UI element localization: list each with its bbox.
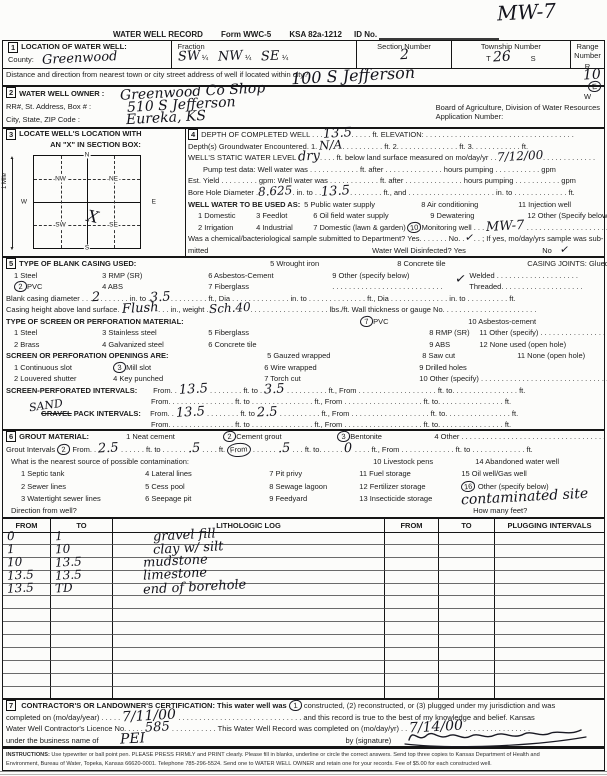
agency-name: Board of Agriculture, Division of Water … (436, 103, 600, 112)
bore-diameter-label: Bore Hole Diameter . (188, 188, 258, 197)
openings-title: SCREEN OR PERFORATION OPENINGS ARE: (6, 350, 265, 362)
pack-interval-from-value: 13.5 (176, 408, 205, 418)
map-dashed-v1 (61, 156, 62, 248)
county-label: County: (8, 55, 34, 64)
chem-sample-trail: . . ; If yes, mo/day/yrs sample was sub- (474, 234, 604, 243)
contam-option-8: 8 Sewage lagoon (269, 481, 357, 493)
static-level-label: WELL'S STATIC WATER LEVEL (188, 153, 296, 162)
section-7-certification: 7 CONTRACTOR'S OR LANDOWNER'S CERTIFICAT… (2, 699, 605, 747)
screen-option-11: 11 Other (specify) . . . . . . . . . . .… (479, 328, 607, 337)
section-4-number: 4 (188, 129, 198, 140)
litho-4-log: limestone (143, 569, 207, 580)
grout-interval-mid4: . . . ft. to. . . . . . (292, 445, 342, 454)
grout-interval-mid1: . . . . . . ft. to . . . . . . (121, 445, 186, 454)
scan-artifact-line (0, 774, 607, 775)
litho-empty-row (3, 596, 604, 609)
use-title: WELL WATER TO BE USED AS: (188, 199, 302, 211)
map-center-horizontal-line (34, 202, 140, 203)
section-5-number: 5 (6, 258, 16, 269)
map-label-e: E (151, 199, 157, 206)
grout-intervals-label: Grout Intervals (6, 445, 55, 454)
map-label-se: SE (108, 222, 119, 229)
direction-question: Direction from well? (11, 505, 471, 517)
openings-option-3-circled: 3 (113, 361, 127, 373)
quarter-glyph-2: ¼ (245, 53, 251, 62)
litho-1-to: 1 (55, 532, 63, 540)
grout-option-1: 1 Neat cement (126, 431, 221, 443)
contam-option-6: 6 Seepage pit (145, 493, 267, 505)
contam-other-value: contaminated site (461, 490, 589, 505)
water-well-record-form: MW-7 WATER WELL RECORD Form WWC-5 KSA 82… (0, 0, 607, 776)
screen-interval-from-label: From. . (153, 386, 177, 395)
section-1-number: 1 (8, 42, 18, 53)
map-label-s: S (84, 245, 90, 252)
contam-option-10: 10 Livestock pens (373, 456, 473, 468)
township-value: 26 (493, 53, 511, 62)
range-label: Range Number (574, 42, 601, 60)
disinfected-label: Water Well Disinfected? Yes (372, 245, 540, 257)
openings-option-1: 1 Continuous slot (14, 362, 111, 374)
grout-option-2-label: Cement grout (236, 432, 281, 441)
litho-empty-row (3, 674, 604, 687)
contam-option-14: 14 Abandoned water well (475, 457, 559, 466)
litho-row-5: 13.5 TD end of borehole (3, 584, 604, 597)
screen-intervals-title: SCREEN-PERFORATED INTERVALS: (6, 385, 151, 397)
map-label-ne: NE (108, 176, 119, 183)
screen-option-2: 2 Brass (14, 339, 100, 351)
static-level-date: 7/12/00 (497, 151, 544, 161)
static-level-trail: . . . . . . . . . . . . . (543, 153, 595, 162)
section-2-number: 2 (6, 87, 16, 98)
section-4-well-data: 4DEPTH OF COMPLETED WELL . . .13.5. . . … (185, 129, 604, 256)
bore-mid: . in. to . . (292, 188, 321, 197)
contam-option-16-circled: 16 (461, 480, 476, 492)
pump-test-line: Pump test data: Well water was . . . . .… (185, 164, 604, 176)
bore-trail: . . . . . . . . ft., and . . . . . . . .… (350, 188, 575, 197)
section-2-owner: 2WATER WELL OWNER : Greenwood Co Shop RR… (2, 86, 605, 128)
openings-option-7: 7 Torch cut (264, 373, 417, 385)
openings-option-5: 5 Gauzed wrapped (267, 350, 420, 362)
completed-on-label: completed on (mo/day/year) . . . . . (6, 713, 120, 722)
openings-option-11: 11 None (open hole) (517, 351, 585, 360)
township-prefix: T (486, 54, 490, 63)
disinfected-no-check: ✓ (559, 245, 569, 254)
joints-welded-label: Welded . . . . . . . . . . . . . . . . .… (469, 271, 578, 280)
section-3-title-line1: LOCATE WELL'S LOCATION WITH (19, 129, 141, 138)
litho-4-to: 13.5 (55, 570, 82, 579)
bore-diameter-value: 8.625 (258, 186, 293, 196)
casing-diameter-label: Blank casing diameter . . . (6, 294, 92, 303)
section-1-location: 1LOCATION OF WATER WELL: County: Greenwo… (2, 40, 605, 86)
owner-label: WATER WELL OWNER : (19, 89, 104, 98)
use-option-5: 5 Public water supply (304, 199, 419, 211)
use-option-8: 8 Air conditioning (421, 199, 516, 211)
chem-sample-no-check: ✓ (464, 234, 474, 243)
section-3-4-row: 3LOCATE WELL'S LOCATION WITH AN "X" IN S… (2, 128, 605, 257)
instructions-line2: Environment, Bureau of Water, Topeka, Ka… (3, 760, 604, 769)
grout-option-2-circled: 2 (223, 430, 237, 442)
static-level-mid: . . . . ft. below land surface measured … (320, 153, 497, 162)
licence-trail: . . . . . . . . . . . This Water Well Re… (172, 724, 407, 733)
casing-joints-label: CASING JOINTS: Glued. . . . . . Clamped.… (527, 259, 607, 268)
welded-threaded-check: ✓ (454, 275, 466, 284)
map-label-w: W (20, 199, 28, 206)
owner-city-label: City, State, ZIP Code : (6, 115, 80, 124)
openings-option-3-label: Mill slot (126, 363, 151, 372)
litho-header-row: FROM TO LITHOLOGIC LOG FROM TO PLUGGING … (3, 519, 604, 532)
pack-interval-from-label: From. . (150, 409, 174, 418)
contam-option-15: 15 Oil well/Gas well (461, 469, 526, 478)
casing-option-5: 5 Wrought iron (270, 258, 395, 270)
use-option-10-label: Monitoring well . . . (422, 223, 485, 232)
litho-row-4: 13.5 13.5 limestone (3, 571, 604, 584)
screen-option-3: 3 Stainless steel (102, 327, 206, 339)
contam-option-4: 4 Lateral lines (145, 468, 267, 480)
plug-header-to: TO (439, 519, 495, 533)
form-id-label: ID No. (354, 30, 377, 39)
screen-interval-trail: . . . . . . . . . . ft., From . . . . . … (287, 386, 525, 395)
street-address-value: 100 S Jefferson (291, 69, 415, 83)
screen-interval-mid: . . . . . . . . ft. to . (210, 386, 262, 395)
litho-empty-row (3, 635, 604, 648)
litho-4-from: 13.5 (7, 570, 34, 579)
litho-empty-row (3, 609, 604, 622)
one-mile-label: 1 Mile (2, 173, 8, 189)
contam-option-11: 11 Fuel storage (359, 468, 459, 480)
grout-intervals-circled: 2 (57, 444, 71, 456)
section-map: NW NE SW SE N S W E X (33, 155, 141, 249)
business-name-value: PEI (120, 734, 146, 743)
agency-block: Board of Agriculture, Division of Water … (436, 103, 600, 121)
map-label-n: N (84, 152, 91, 159)
litho-5-to: TD (55, 583, 73, 592)
litho-3-to: 13.5 (55, 557, 82, 566)
well-x-mark: X (86, 212, 99, 222)
grout-interval-1-from: 2.5 (98, 445, 119, 454)
licence-number-value: 585 (145, 723, 170, 732)
casing-height-label: Casing height above land surface. (6, 305, 119, 314)
contam-option-2: 2 Sewer lines (21, 481, 143, 493)
elevation-label: . . . . . ft. ELEVATION: . . . . . . . .… (352, 130, 574, 139)
casing-option-3: 3 RMP (SR) (102, 270, 206, 282)
business-name-label: under the business name of (6, 735, 118, 747)
map-label-sw: SW (54, 222, 66, 229)
township-suffix: S (531, 54, 536, 63)
grout-title: GROUT MATERIAL: (19, 432, 89, 441)
grout-interval-2-from: .5 (278, 445, 291, 454)
screen-interval-to-value: 3.5 (264, 385, 285, 394)
contam-option-1: 1 Septic tank (21, 468, 143, 480)
use-option-7: 7 Domestic (lawn & garden) (313, 222, 405, 234)
openings-option-8: 8 Saw cut (422, 350, 515, 362)
groundwater-value: N/A (319, 140, 343, 149)
form-title: WATER WELL RECORD (113, 30, 203, 39)
section-3-number: 3 (6, 129, 16, 140)
certification-text: constructed, (2) reconstructed, or (3) p… (304, 701, 555, 710)
litho-empty-row (3, 622, 604, 635)
how-many-feet-question: How many feet? (473, 506, 527, 515)
section-3-title-line2: AN "X" IN SECTION BOX: (3, 140, 185, 149)
screen-option-12: 12 None used (open hole) (479, 340, 566, 349)
casing-height-trail: . . . . . . . . . . . . . . . . . . . lb… (250, 305, 536, 314)
screen-option-8: 8 RMP (SR) (429, 327, 477, 339)
fraction-2-value: NW (218, 52, 243, 61)
casing-title: TYPE OF BLANK CASING USED: (19, 259, 136, 268)
application-number-label: Application Number: (436, 112, 600, 121)
litho-2-to: 10 (55, 544, 71, 553)
contam-option-3: 3 Watertight sewer lines (21, 493, 143, 505)
openings-option-9: 9 Drilled holes (419, 363, 467, 372)
lithologic-log-table: FROM TO LITHOLOGIC LOG FROM TO PLUGGING … (2, 518, 605, 699)
contam-option-7: 7 Pit privy (269, 468, 357, 480)
pack-intervals-title: PACK INTERVALS: (74, 409, 141, 418)
owner-address-label: RR#, St. Address, Box # : (6, 102, 91, 111)
scan-artifact-line (0, 771, 607, 772)
screen-material-title: TYPE OF SCREEN OR PERFORATION MATERIAL: (6, 316, 358, 328)
litho-1-from: 0 (7, 532, 15, 540)
signature (403, 724, 588, 748)
instructions-line1: Use typewriter or ball point pen. PLEASE… (51, 752, 539, 758)
map-label-nw: NW (54, 176, 67, 183)
casing-option-1: 1 Steel (14, 270, 100, 282)
use-option-10-value: MW-7 (486, 222, 525, 232)
grout-interval-trail: . . . . ft., From . . . . . . . . . . . … (355, 445, 533, 454)
use-option-2: 2 Irrigation (198, 222, 254, 234)
section-5-casing: ✓ 5TYPE OF BLANK CASING USED: 5 Wrought … (2, 257, 605, 430)
well-id-annotation: MW-7 (497, 6, 556, 17)
screen-option-7-circled: 7 (360, 315, 374, 327)
pack-interval-trail: . . . . . . . . . . ft., From . . . . . … (280, 409, 518, 418)
use-option-1: 1 Domestic (198, 210, 254, 222)
form-number: Form WWC-5 (221, 30, 271, 39)
pack-interval-mid: . . . . . . . . ft. to (207, 409, 255, 418)
litho-row-1: 0 1 gravel fill (3, 532, 604, 545)
casing-height-mid: . . . in., weight . (158, 305, 208, 314)
arrow-down-icon: ▼ (10, 246, 15, 252)
screen-option-5: 5 Fiberglass (208, 327, 427, 339)
section-number-value: 2 (399, 51, 408, 59)
plug-header-from: FROM (385, 519, 439, 533)
contam-option-5: 5 Cess pool (145, 481, 267, 493)
contam-option-12: 12 Fertilizer storage (359, 481, 459, 493)
openings-option-6: 6 Wire wrapped (264, 362, 417, 374)
township-label: Township Number (455, 42, 567, 51)
contamination-question: What is the nearest source of possible c… (11, 456, 371, 468)
form-header: WATER WELL RECORD Form WWC-5 KSA 82a-121… (113, 30, 499, 40)
casing-option-7: 7 Fiberglass (208, 281, 330, 293)
completed-on-trail: . . . . . . . . . . . . . . . . . . . . … (178, 713, 534, 722)
owner-city-value: Eureka, KS (126, 112, 206, 124)
casing-diameter-value: 2 (92, 293, 101, 301)
casing-option-8: 8 Concrete tile (397, 258, 525, 270)
contam-option-9: 9 Feedyard (269, 493, 357, 505)
use-option-11: 11 Injection well (518, 199, 571, 211)
screen-option-7-label: PVC (373, 317, 388, 326)
id-blank-line (379, 30, 499, 40)
map-dashed-h1 (34, 179, 140, 180)
bore-depth-value: 13.5 (321, 187, 350, 197)
joints-threaded-label: Threaded. . . . . . . . . . . . . . . . … (469, 282, 582, 291)
chem-sample-cont: mitted (188, 245, 370, 257)
form-statute: KSA 82a-1212 (289, 30, 342, 39)
section-7-number: 7 (6, 700, 16, 711)
fraction-1-value: SW (177, 52, 200, 61)
litho-2-from: 1 (7, 545, 15, 553)
est-yield-line: Est. Yield . . . . . . . . . gpm: Well w… (185, 175, 604, 187)
section-6-number: 6 (6, 431, 16, 442)
grout-option-4: 4 Other . . . . . . . . . . . . . . . . … (434, 432, 607, 441)
pack-interval-to-value: 2.5 (257, 408, 278, 417)
use-option-12: 12 Other (Specify below) (527, 210, 607, 222)
litho-empty-row (3, 687, 604, 700)
casing-height-value: Flush (121, 304, 158, 314)
chem-sample-label: Was a chemical/bacteriological sample su… (188, 234, 465, 243)
section-3-locate: 3LOCATE WELL'S LOCATION WITH AN "X" IN S… (3, 129, 186, 256)
casing-option-6: 6 Asbestos-Cement (208, 270, 330, 282)
quarter-glyph-3: ¼ (282, 53, 288, 62)
instructions-label: INSTRUCTIONS: (6, 752, 50, 758)
grout-interval-from-label: From. . (72, 445, 96, 454)
cert-option-1-circled: 1 (288, 699, 302, 711)
use-option-6: 6 Oil field water supply (313, 210, 428, 222)
use-option-3: 3 Feedlot (256, 210, 311, 222)
grout-interval-mid2: . . . . ft. (202, 445, 225, 454)
contam-option-13: 13 Insecticide storage (359, 493, 459, 505)
pack-interval-empty-line: From. . . . . . . . . . . . . . . . ft. … (3, 419, 604, 431)
arrow-up-icon: ▲ (10, 155, 15, 161)
litho-5-from: 13.5 (7, 583, 34, 592)
use-option-4: 4 Industrial (256, 222, 311, 234)
fraction-3-value: SE (261, 53, 280, 62)
litho-row-2: 1 10 clay w/ silt (3, 545, 604, 558)
static-level-value: dry (298, 153, 320, 162)
grout-option-3-label: Bentonite (350, 432, 382, 441)
casing-option-2-label: PVC (27, 282, 42, 291)
casing-option-other-dots: . . . . . . . . . . . . . . . . . . . . … (332, 281, 467, 293)
litho-5-log: end of borehole (143, 581, 247, 594)
litho-empty-row (3, 648, 604, 661)
screen-option-9: 9 ABS (429, 339, 477, 351)
one-mile-scale (12, 159, 13, 248)
screen-interval-from-value: 13.5 (179, 385, 208, 395)
signature-label: by (signature) (345, 736, 391, 745)
use-option-10-trail: . . . . . . . . . . . . . . . . . . . . (527, 223, 607, 232)
disinfected-no-label: No (542, 246, 552, 255)
plug-header-intervals: PLUGGING INTERVALS (495, 519, 604, 533)
grout-interval-2-to: 0 (344, 445, 353, 453)
screen-option-6: 6 Concrete tile (208, 339, 427, 351)
litho-3-from: 10 (7, 557, 23, 566)
casing-option-2-circled: 2 (14, 280, 28, 292)
use-option-10-circled: 10 (407, 221, 422, 233)
depth-label: DEPTH OF COMPLETED WELL . . . (201, 130, 322, 139)
casing-option-9: 9 Other (specify below) (332, 270, 467, 282)
screen-option-4: 4 Galvanized steel (102, 339, 206, 351)
quarter-glyph-1: ¼ (202, 53, 208, 62)
map-dashed-v2 (114, 156, 115, 248)
casing-weight-value: Sch.40 (208, 303, 250, 313)
screen-interval-empty-line: From. . . . . . . . . . . . . . . . ft. … (3, 396, 604, 408)
screen-option-1: 1 Steel (14, 327, 100, 339)
openings-option-10: 10 Other (specify) . . . . . . . . . . .… (419, 374, 607, 383)
litho-row-3: 10 13.5 mudstone (3, 558, 604, 571)
instructions-block: INSTRUCTIONS: Use typewriter or ball poi… (2, 747, 605, 771)
screen-option-10: 10 Asbestos-cement (468, 317, 536, 326)
openings-option-2: 2 Louvered shutter (14, 373, 111, 385)
county-value: Greenwood (42, 53, 118, 65)
grout-interval-mid3: . . . . . . (253, 445, 276, 454)
sand-annotation: SAND (29, 399, 64, 412)
litho-empty-row (3, 661, 604, 674)
section-6-grout: 6GROUT MATERIAL: 1 Neat cement 2Cement g… (2, 430, 605, 518)
grout-interval-1-to: .5 (188, 445, 201, 454)
